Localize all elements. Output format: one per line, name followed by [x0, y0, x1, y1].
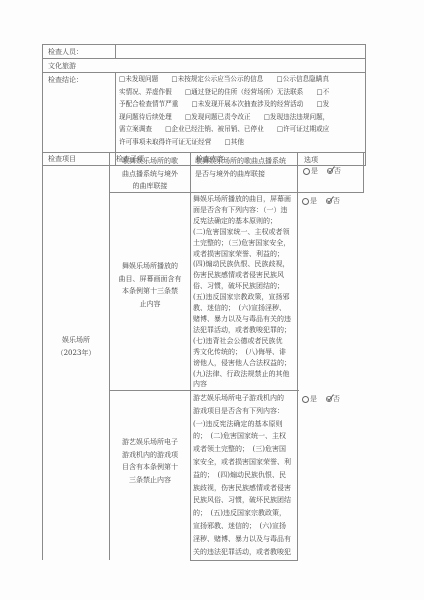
row1-subitem: 歌舞娱乐场所的歌 曲点播系统与境外 的曲库联接	[110, 155, 190, 193]
conclusion-line[interactable]: 现问题待后续处理 □发现问题已责令改正 □发现违法违规问题，	[119, 111, 364, 124]
content-line: 游艺娱乐场所电子游戏机内的	[193, 392, 297, 405]
conclusion-line[interactable]: 许可事项未取得许可证无证经营 □其他	[119, 136, 364, 149]
radio-no[interactable]: 否	[326, 395, 340, 403]
row3-subitem: 游艺娱乐场所电子 游戏机内的游戏项 目含有本条例第十 三条禁止内容	[110, 436, 190, 486]
content-line: (五)违反国家宗教政策，宣扬邪	[193, 292, 297, 303]
radio-no[interactable]: 否	[326, 197, 340, 205]
row1-options: 是 否	[303, 166, 341, 176]
content-line: 内容	[193, 379, 297, 390]
content-line: 是否与境外的曲库联接	[195, 168, 297, 181]
content-line: 的； (五)违反国家宗教政策，	[193, 507, 297, 520]
table-border-right-lower	[363, 152, 364, 192]
content-line: 歌舞娱乐场所的歌曲点播系统	[195, 155, 297, 168]
subitem-line: 三条禁止内容	[110, 474, 190, 487]
subitem-line: 的曲库联接	[110, 180, 190, 193]
content-line: 游戏项目是否含有下列内容：	[193, 405, 297, 418]
checkmark-icon	[326, 198, 333, 205]
row2-options: 是 否	[302, 196, 340, 206]
conclusion-options[interactable]: □未发现问题 □未按规定公示应当公示的信息 □公示信息隐瞒真 实情况、弄虚作假 …	[119, 73, 364, 149]
conclusion-label: 检查结论：	[48, 74, 83, 87]
inspector-field[interactable]	[116, 45, 365, 58]
radio-circle-icon	[302, 396, 309, 403]
col-divider-content	[190, 152, 191, 560]
checkmark-icon	[326, 396, 333, 403]
content-line: 益的； (四)煽动民族仇恨、民	[193, 469, 297, 482]
radio-circle-icon	[302, 198, 309, 205]
yes-label: 是	[311, 167, 318, 175]
item-name-line: （2023年）	[43, 347, 109, 360]
subitem-line: 止内容	[110, 298, 190, 311]
department-label: 文化旅游	[48, 60, 76, 73]
checkmark-icon	[327, 168, 334, 175]
content-line: 土完整的；（三)危害国家安全，	[193, 238, 297, 249]
content-line: 伤害民族感情或者侵害民族风	[193, 270, 297, 281]
content-line: 关的违法犯罪活动，或者教唆犯	[193, 546, 297, 559]
row2-content: 舞娱乐场所播放的曲目，屏幕画 面是否含有下列内容：（一）违 反宪法确定的基本原则…	[193, 194, 297, 390]
content-line: 舞娱乐场所播放的曲目，屏幕画	[193, 194, 297, 205]
subitem-line: 舞娱乐场所播放的	[110, 260, 190, 273]
content-line: (七)违背社会公德或者民族优	[193, 336, 297, 347]
header-options: 选项	[304, 154, 318, 167]
content-line: 法犯罪活动，或者教唆犯罪的；	[193, 325, 297, 336]
content-line: 的； (二)危害国家统一、主权	[193, 430, 297, 443]
yes-label: 是	[310, 395, 317, 403]
content-line: 赌博、暴力以及与毒品有关的违	[193, 314, 297, 325]
content-line: 宣扬邪教、迷信的； (六)宣扬	[193, 520, 297, 533]
inspection-form-page: 检查人员： 文化旅游 检查结论： □未发现问题 □未按规定公示应当公示的信息 □…	[0, 0, 424, 600]
item-name: 娱乐场所 （2023年）	[43, 334, 109, 359]
radio-yes[interactable]: 是	[303, 167, 318, 175]
conclusion-line[interactable]: □未发现问题 □未按规定公示应当公示的信息 □公示信息隐瞒真	[119, 73, 364, 86]
radio-yes[interactable]: 是	[302, 197, 317, 205]
content-line: (一)违反宪法确定的基本原则	[193, 418, 297, 431]
content-line: (四)煽动民族仇恨、民族歧视，	[193, 259, 297, 270]
content-line: 教、迷信的； (六)宣扬淫秽、	[193, 303, 297, 314]
content-line: 面是否含有下列内容：（一）违	[193, 205, 297, 216]
subitem-line: 游戏机内的游戏项	[110, 449, 190, 462]
subitem-line: 游艺娱乐场所电子	[110, 436, 190, 449]
header-item: 检查项目	[48, 153, 76, 166]
subitem-line: 曲目、屏幕画面含有	[110, 273, 190, 286]
radio-yes[interactable]: 是	[302, 395, 317, 403]
content-line: (二)危害国家统一、主权或者领	[193, 227, 297, 238]
subitem-line: 曲点播系统与境外	[110, 168, 190, 181]
conclusion-line[interactable]: 需立案调查 □企业已经注销、被吊销、已停业 □许可证过期或应	[119, 123, 364, 136]
radio-circle-icon	[303, 168, 310, 175]
content-line: 或者损害国家荣誉、利益的；	[193, 249, 297, 260]
col-divider-options	[297, 152, 298, 560]
inspector-label: 检查人员：	[48, 46, 83, 59]
conclusion-line[interactable]: 予配合检查情节严重 □未发现开展本次抽查涉及的经营活动 □发	[119, 98, 364, 111]
content-line: 反宪法确定的基本原则的；	[193, 216, 297, 227]
subitem-line: 目含有本条例第十	[110, 461, 190, 474]
row2-subitem: 舞娱乐场所播放的 曲目、屏幕画面含有 本条例第十三条禁 止内容	[110, 260, 190, 310]
col-divider-subitem	[109, 152, 110, 560]
subitem-line: 歌舞娱乐场所的歌	[110, 155, 190, 168]
content-line: 家安全，或者损害国家荣誉、利	[193, 456, 297, 469]
subitem-line: 本条例第十三条禁	[110, 285, 190, 298]
content-line: 俗、习惯，破坏民族团结的；	[193, 281, 297, 292]
content-line: 或者领土完整的； (三)危害国	[193, 443, 297, 456]
content-line: 谤他人，侵害他人合法权益的；	[193, 358, 297, 369]
content-line: 族歧视，伤害民族感情或者侵害	[193, 482, 297, 495]
content-line: 秀文化传统的； (八)侮辱、诽	[193, 347, 297, 358]
item-name-line: 娱乐场所	[43, 334, 109, 347]
row3-content: 游艺娱乐场所电子游戏机内的 游戏项目是否含有下列内容： (一)违反宪法确定的基本…	[193, 392, 297, 558]
table-border-left	[42, 44, 43, 560]
row3-options: 是 否	[302, 394, 340, 404]
table-border-right	[365, 44, 366, 166]
row-divider	[42, 58, 366, 59]
yes-label: 是	[310, 197, 317, 205]
content-line: 民族风俗、习惯，破坏民族团结	[193, 494, 297, 507]
conclusion-line[interactable]: 实情况、弄虚作假 □通过登记的住所（经营场所）无法联系 □不	[119, 86, 364, 99]
content-line: (九)法律、行政法规禁止的其他	[193, 369, 297, 380]
row-divider	[190, 560, 298, 561]
row1-content: 歌舞娱乐场所的歌曲点播系统 是否与境外的曲库联接	[195, 155, 297, 180]
radio-no[interactable]: 否	[327, 167, 341, 175]
content-line: 淫秽、赌博、暴力以及与毒品有	[193, 533, 297, 546]
